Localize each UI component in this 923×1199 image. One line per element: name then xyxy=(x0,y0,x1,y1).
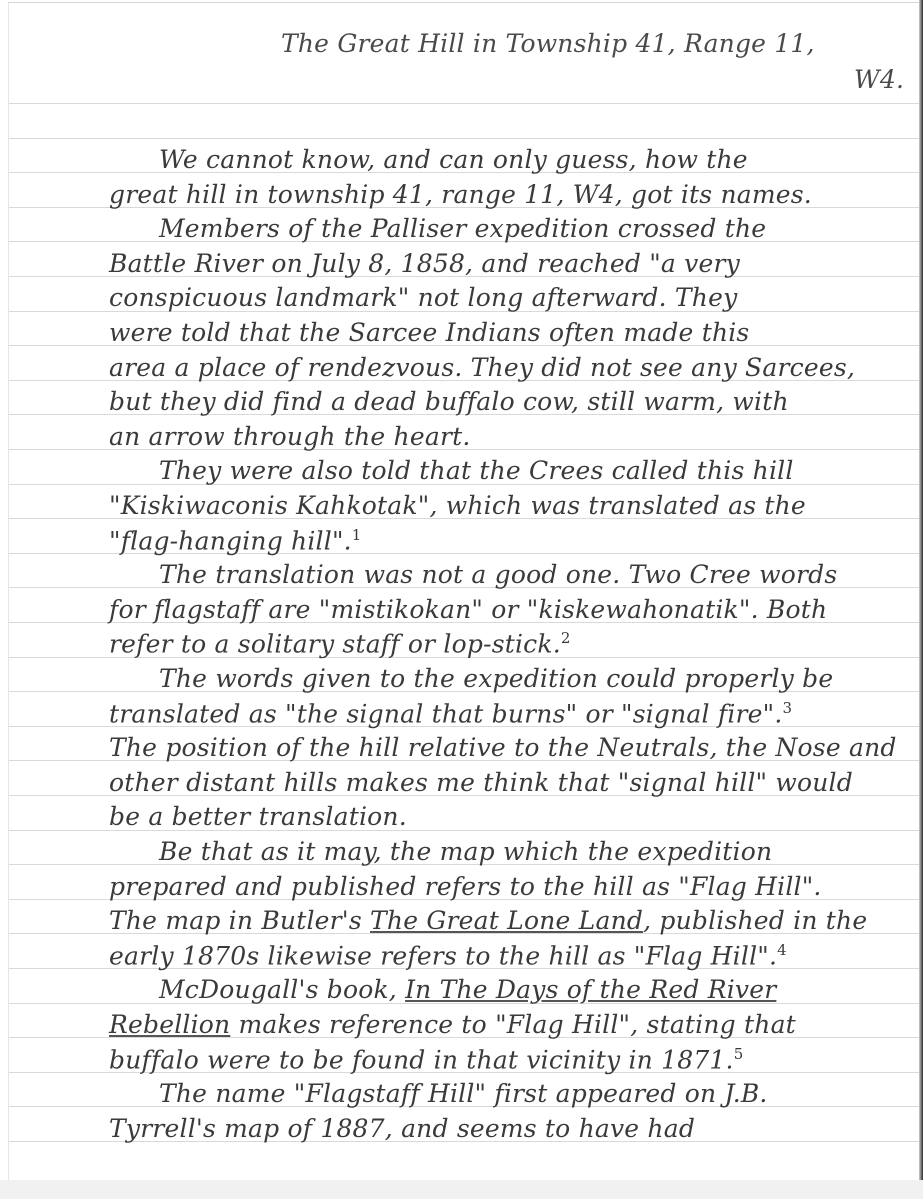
manuscript-line: for flagstaff are "mistikokan" or "kiske… xyxy=(109,595,827,624)
manuscript-line: translated as "the signal that burns" or… xyxy=(109,699,792,728)
manuscript-line: The words given to the expedition could … xyxy=(159,664,833,693)
ruled-line xyxy=(9,103,919,104)
ruled-line xyxy=(9,138,919,139)
manuscript-line: Battle River on July 8, 1858, and reache… xyxy=(109,249,740,278)
manuscript-line: The translation was not a good one. Two … xyxy=(159,560,837,589)
manuscript-line: other distant hills makes me think that … xyxy=(109,768,853,797)
page-title-line-1: The Great Hill in Township 41, Range 11, xyxy=(281,29,815,58)
manuscript-line: The name "Flagstaff Hill" first appeared… xyxy=(159,1079,768,1108)
manuscript-line: McDougall's book, In The Days of the Red… xyxy=(159,975,776,1004)
manuscript-line: great hill in township 41, range 11, W4,… xyxy=(109,180,812,209)
manuscript-line: The map in Butler's The Great Lone Land,… xyxy=(109,906,867,935)
manuscript-line: They were also told that the Crees calle… xyxy=(159,456,794,485)
manuscript-line: Rebellion makes reference to "Flag Hill"… xyxy=(109,1010,796,1039)
manuscript-line: area a place of rendezvous. They did not… xyxy=(109,353,855,382)
manuscript-line: prepared and published refers to the hil… xyxy=(109,872,822,901)
manuscript-line: be a better translation. xyxy=(109,802,407,831)
scan-edge-bottom xyxy=(0,1180,923,1199)
manuscript-line: but they did find a dead buffalo cow, st… xyxy=(109,387,789,416)
manuscript-line: early 1870s likewise refers to the hill … xyxy=(109,941,787,970)
manuscript-line: an arrow through the heart. xyxy=(109,422,471,451)
manuscript-line: conspicuous landmark" not long afterward… xyxy=(109,283,737,312)
notebook-page: The Great Hill in Township 41, Range 11,… xyxy=(8,2,919,1180)
manuscript-line: We cannot know, and can only guess, how … xyxy=(159,145,748,174)
scan-edge-right xyxy=(919,0,923,1199)
manuscript-line: refer to a solitary staff or lop-stick.2 xyxy=(109,629,571,658)
manuscript-line: buffalo were to be found in that vicinit… xyxy=(109,1045,743,1074)
footnote-marker: 5 xyxy=(734,1045,744,1063)
footnote-marker: 2 xyxy=(561,629,571,647)
footnote-marker: 1 xyxy=(352,526,362,544)
book-title: In The Days of the Red River xyxy=(405,975,776,1004)
manuscript-line: "Kiskiwaconis Kahkotak", which was trans… xyxy=(109,491,806,520)
book-title: Rebellion xyxy=(109,1010,230,1039)
footnote-marker: 3 xyxy=(783,699,793,717)
manuscript-line: "flag-hanging hill".1 xyxy=(109,526,362,555)
footnote-marker: 4 xyxy=(777,941,787,959)
page-title-line-2: W4. xyxy=(854,65,904,94)
manuscript-line: Members of the Palliser expedition cross… xyxy=(159,214,766,243)
manuscript-line: were told that the Sarcee Indians often … xyxy=(109,318,749,347)
manuscript-line: Be that as it may, the map which the exp… xyxy=(159,837,772,866)
manuscript-line: The position of the hill relative to the… xyxy=(109,733,897,762)
book-title: The Great Lone Land xyxy=(370,906,643,935)
manuscript-line: Tyrrell's map of 1887, and seems to have… xyxy=(109,1114,695,1143)
